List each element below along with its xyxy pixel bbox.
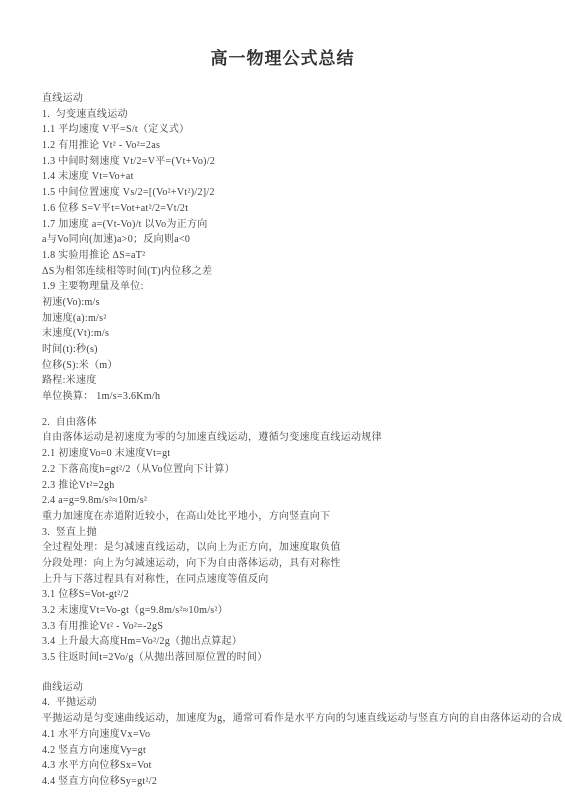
- doc-line: 路程:米速度: [42, 373, 535, 389]
- doc-line: 3. 竖直上抛: [42, 525, 535, 541]
- doc-line: 加速度(a):m/s²: [42, 311, 535, 327]
- doc-line: 1.1 平均速度 V平=S/t（定义式）: [42, 122, 535, 138]
- doc-line: 平抛运动是匀变速曲线运动，加速度为g，通常可看作是水平方向的匀速直线运动与竖直方…: [42, 711, 535, 727]
- doc-line: 3.1 位移S=Vot-gt²/2: [42, 587, 535, 603]
- doc-line: 2.2 下落高度h=gt²/2（从Vo位置向下计算）: [42, 462, 535, 478]
- doc-line: 初速(Vo):m/s: [42, 295, 535, 311]
- doc-line: 1.7 加速度 a=(Vt-Vo)/t 以Vo为正方向: [42, 217, 535, 233]
- doc-line: 4.4 竖直方向位移Sy=gt²/2: [42, 774, 535, 790]
- doc-line: 2.4 a=g=9.8m/s²≈10m/s²: [42, 493, 535, 509]
- doc-line: ΔS为相邻连续相等时间(T)内位移之差: [42, 264, 535, 280]
- doc-line: 1.9 主要物理量及单位:: [42, 279, 535, 295]
- doc-line: 2.3 推论Vt²=2gh: [42, 478, 535, 494]
- doc-line: 2. 自由落体: [42, 415, 535, 431]
- document-page: 高一物理公式总结 直线运动1. 匀变速直线运动1.1 平均速度 V平=S/t（定…: [0, 0, 565, 800]
- doc-line: 3.3 有用推论Vt² - Vo²=-2gS: [42, 619, 535, 635]
- doc-line: 1.6 位移 S=V平t=Vot+at²/2=Vt/2t: [42, 201, 535, 217]
- doc-line: a与Vo同向(加速)a>0；反向则a<0: [42, 232, 535, 248]
- page-title: 高一物理公式总结: [0, 0, 565, 69]
- doc-line: 4.3 水平方向位移Sx=Vot: [42, 758, 535, 774]
- doc-line: 单位换算： 1m/s=3.6Km/h: [42, 389, 535, 405]
- doc-line: 4. 平抛运动: [42, 695, 535, 711]
- doc-line: 4.1 水平方向速度Vx=Vo: [42, 727, 535, 743]
- doc-line: 1. 匀变速直线运动: [42, 107, 535, 123]
- section-heading: 直线运动: [42, 91, 535, 107]
- doc-line: 自由落体运动是初速度为零的匀加速直线运动，遵循匀变速度直线运动规律: [42, 430, 535, 446]
- doc-line: 位移(S):米（m）: [42, 358, 535, 374]
- doc-line: 时间(t):秒(s): [42, 342, 535, 358]
- doc-line: 全过程处理：是匀减速直线运动，以向上为正方向，加速度取负值: [42, 540, 535, 556]
- doc-line: 4.2 竖直方向速度Vy=gt: [42, 743, 535, 759]
- section-heading: 曲线运动: [42, 680, 535, 696]
- doc-line: 3.5 往返时间t=2Vo/g（从抛出落回原位置的时间）: [42, 650, 535, 666]
- doc-line: 上升与下落过程具有对称性，在同点速度等值反向: [42, 572, 535, 588]
- doc-line: 末速度(Vt):m/s: [42, 326, 535, 342]
- doc-line: 1.5 中间位置速度 Vs/2=[(Vo²+Vt²)/2]/2: [42, 185, 535, 201]
- document-body: 直线运动1. 匀变速直线运动1.1 平均速度 V平=S/t（定义式）1.2 有用…: [42, 91, 535, 790]
- doc-line: 1.2 有用推论 Vt² - Vo²=2as: [42, 138, 535, 154]
- doc-line: 1.3 中间时刻速度 Vt/2=V平=(Vt+Vo)/2: [42, 154, 535, 170]
- doc-line: 分段处理：向上为匀减速运动，向下为自由落体运动，具有对称性: [42, 556, 535, 572]
- doc-line: 3.4 上升最大高度Hm=Vo²/2g（抛出点算起）: [42, 634, 535, 650]
- doc-line: 重力加速度在赤道附近较小，在高山处比平地小，方向竖直向下: [42, 509, 535, 525]
- doc-line: 3.2 末速度Vt=Vo-gt（g=9.8m/s²≈10m/s²）: [42, 603, 535, 619]
- doc-line: 2.1 初速度Vo=0 末速度Vt=gt: [42, 446, 535, 462]
- doc-line: 1.8 实验用推论 ΔS=aT²: [42, 248, 535, 264]
- doc-line: 1.4 末速度 Vt=Vo+at: [42, 169, 535, 185]
